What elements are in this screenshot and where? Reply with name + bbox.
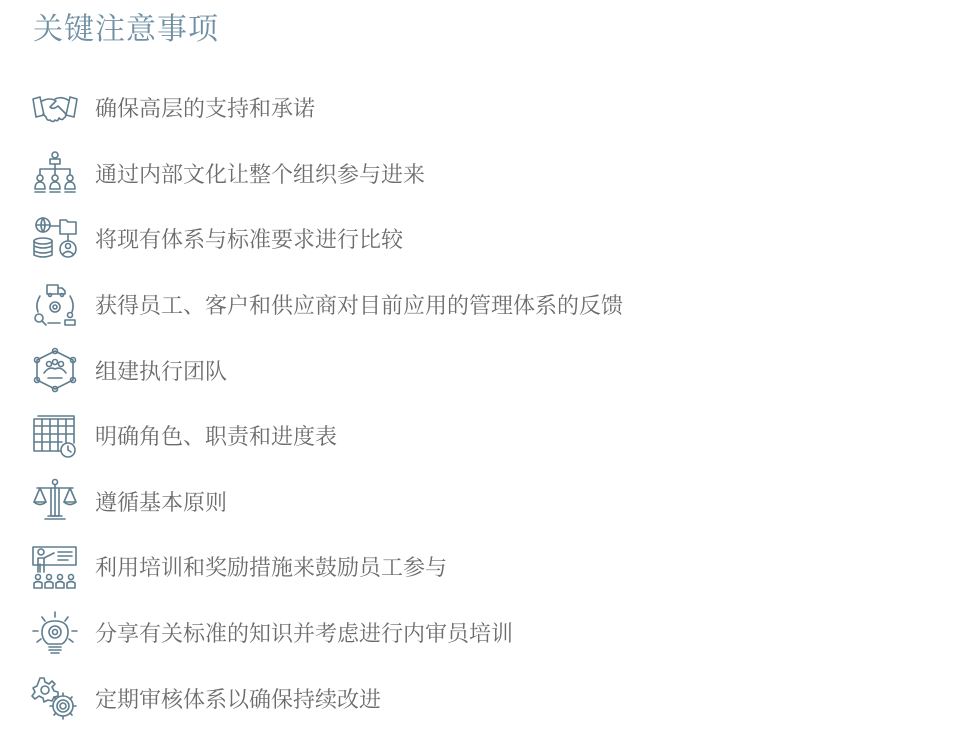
page-title: 关键注意事项: [33, 4, 219, 48]
lightbulb-gear-icon: [30, 609, 82, 657]
training-presentation-icon: [30, 543, 82, 591]
item-label: 将现有体系与标准要求进行比较: [95, 223, 403, 254]
item-label: 组建执行团队: [95, 355, 227, 386]
list-item: 明确角色、职责和进度表: [30, 403, 623, 469]
list-item: 遵循基本原则: [30, 469, 623, 535]
item-label: 明确角色、职责和进度表: [95, 420, 337, 451]
team-network-icon: [30, 346, 82, 394]
org-chart-icon: [30, 149, 82, 197]
list-item: 利用培训和奖励措施来鼓励员工参与: [30, 534, 623, 600]
item-label: 利用培训和奖励措施来鼓励员工参与: [95, 551, 447, 582]
list-item: 将现有体系与标准要求进行比较: [30, 206, 623, 272]
considerations-list: 确保高层的支持和承诺 通过内部文化让整个组织参与进来 将现有体系与标准要求进行比…: [30, 75, 623, 731]
handshake-icon: [30, 84, 82, 132]
feedback-cycle-icon: [30, 281, 82, 329]
list-item: 组建执行团队: [30, 337, 623, 403]
list-item: 定期审核体系以确保持续改进: [30, 665, 623, 731]
list-item: 通过内部文化让整个组织参与进来: [30, 141, 623, 207]
item-label: 定期审核体系以确保持续改进: [95, 683, 381, 714]
balance-scale-icon: [30, 477, 82, 525]
list-item: 分享有关标准的知识并考虑进行内审员培训: [30, 600, 623, 666]
list-item: 确保高层的支持和承诺: [30, 75, 623, 141]
list-item: 获得员工、客户和供应商对目前应用的管理体系的反馈: [30, 272, 623, 338]
item-label: 遵循基本原则: [95, 486, 227, 517]
item-label: 通过内部文化让整个组织参与进来: [95, 158, 425, 189]
item-label: 确保高层的支持和承诺: [95, 92, 315, 123]
gears-icon: [30, 674, 82, 722]
calendar-schedule-icon: [30, 412, 82, 460]
item-label: 获得员工、客户和供应商对目前应用的管理体系的反馈: [95, 289, 623, 320]
item-label: 分享有关标准的知识并考虑进行内审员培训: [95, 617, 513, 648]
data-compare-icon: [30, 215, 82, 263]
